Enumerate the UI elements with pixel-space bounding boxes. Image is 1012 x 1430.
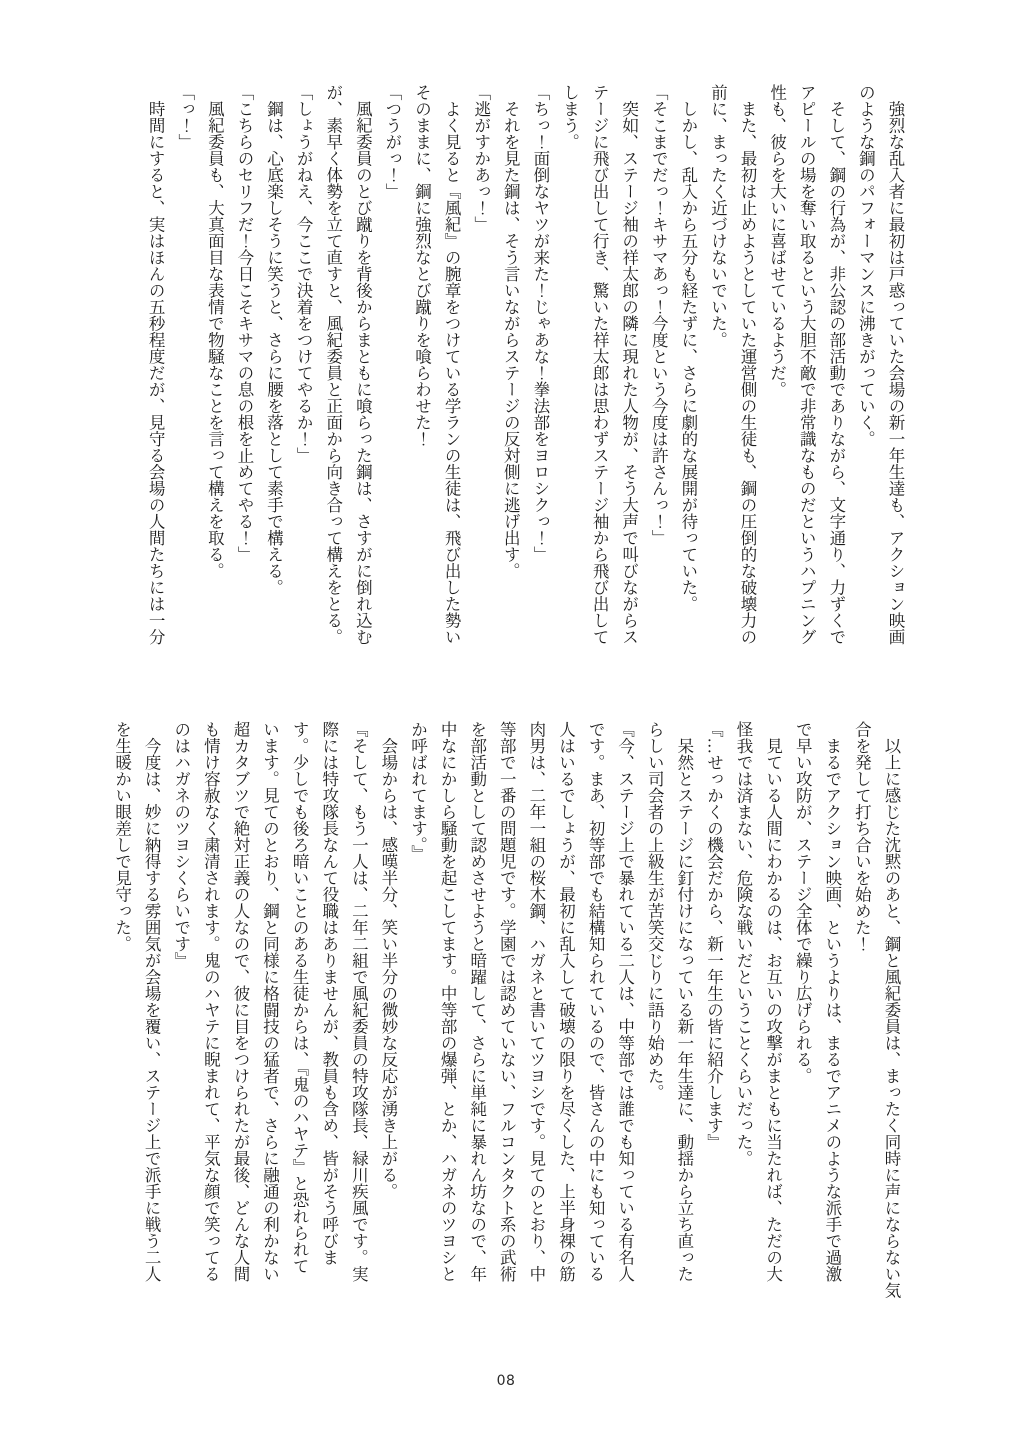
text-column: のはハガネのツヨシくらいです』 [166,721,196,1309]
text-column: 呆然とステージに釘付けになっている新一年生達に、動揺から立ち直った [669,721,699,1309]
text-column: まるでアクション映画、というよりは、まるでアニメのような派手で過激 [817,721,847,1309]
text-column: のような鋼のパフォーマンスに沸きがっていく。 [851,84,881,672]
text-column: 怪我では済まない、危険な戦いだということくらいだった。 [728,721,758,1309]
text-column: それを見た鋼は、そう言いながらステージの反対側に逃げ出す。 [496,84,526,672]
text-column: 『…せっかくの機会だから、新一年生の皆に紹介します』 [699,721,729,1309]
text-column: 性も、彼らを大いに喜ばせているようだ。 [762,84,792,672]
text-column: しまう。 [555,84,585,672]
text-column: す。少しでも後ろ暗いことのある生徒からは、『鬼のハヤテ』と恐れられて [285,721,315,1309]
text-column: で早い攻防が、ステージ全体で繰り広げられる。 [788,721,818,1309]
text-column: そして、鋼の行為が、非公認の部活動でありながら、文字通り、力ずくで [821,84,851,672]
text-column: 見ている人間にわかるのは、お互いの攻撃がまともに当たれば、ただの大 [758,721,788,1309]
text-column: 「しょうがねえ、今ここで決着をつけてやるか！」 [289,84,319,672]
text-column: 際には特攻隊長なんて役職はありませんが、教員も含め、皆がそう呼びま [314,721,344,1309]
text-column: います。見てのとおり、鋼と同様に格闘技の猛者で、さらに融通の利かない [255,721,285,1309]
text-column: が、素早く体勢を立て直すと、風紀委員と正面から向き合って構えをとる。 [318,84,348,672]
text-column: 突如、ステージ袖の祥太郎の隣に現れた人物が、そう大声で叫びながらス [614,84,644,672]
text-column: 人はいるでしょうが、最初に乱入して破壊の限りを尽くした、上半身裸の筋 [551,721,581,1309]
text-column: 会場からは、感嘆半分、笑い半分の微妙な反応が湧き上がる。 [373,721,403,1309]
text-column: 等部で一番の問題児です。学園では認めていない、フルコンタクト系の武術 [492,721,522,1309]
text-column: も情け容赦なく粛清されます。鬼のハヤテに睨まれて、平気な顔で笑ってる [196,721,226,1309]
text-column: 中なにかしら騒動を起こしてます。中等部の爆弾、とか、ハガネのツヨシと [433,721,463,1309]
text-column: 『今、ステージ上で暴れている二人は、中等部では誰でも知っている有名人 [610,721,640,1309]
text-column: 風紀委員のとび蹴りを背後からまともに喰らった鋼は、さすがに倒れ込む [348,84,378,672]
text-column: テージに飛び出して行き、驚いた祥太郎は思わずステージ袖から飛び出して [584,84,614,672]
text-column: また、最初は止めようとしていた運営側の生徒も、鋼の圧倒的な破壊力の [732,84,762,672]
text-column: 合を発して打ち合いを始めた！ [847,721,877,1309]
text-column: 『そして、もう一人は、二年二組で風紀委員の特攻隊長、緑川疾風です。実 [344,721,374,1309]
top-text-block: 強烈な乱入者に最初は戸惑っていた会場の新一年生達も、アクション映画 のような鋼の… [141,84,910,672]
text-column: 超カタブツで絶対正義の人なので、彼に目をつけられたが最後、どんな人間 [225,721,255,1309]
text-column: 前に、まったく近づけないでいた。 [703,84,733,672]
bottom-text-block: 以上に感じた沈黙のあと、鋼と風紀委員は、まったく同時に声にならない気 合を発して… [107,721,906,1309]
text-column: 「つうがっ！」 [377,84,407,672]
text-column: 「っ！」 [170,84,200,672]
text-column: を部活動として認めさせようと暗躍して、さらに単純に暴れん坊なので、年 [462,721,492,1309]
text-column: 「逃がすかあっ！」 [466,84,496,672]
text-column: らしい司会者の上級生が苦笑交じりに語り始めた。 [640,721,670,1309]
text-column: か呼ばれてます。』 [403,721,433,1309]
text-column: 「ちっ！面倒なヤツが来た！じゃあな！拳法部をヨロシクっ！」 [525,84,555,672]
text-column: 肉男は、二年一組の桜木鋼、ハガネと書いてツヨシです。見てのとおり、中 [521,721,551,1309]
text-column: です。まあ、初等部でも結構知られているので、皆さんの中にも知っている [580,721,610,1309]
text-column: 「そこまでだっ！キサマあっ！今度という今度は許さんっ！」 [644,84,674,672]
text-column: 鋼は、心底楽しそうに笑うと、さらに腰を落として素手で構える。 [259,84,289,672]
text-column: よく見ると『風紀』の腕章をつけている学ランの生徒は、飛び出した勢い [437,84,467,672]
page-number: 08 [0,1373,1012,1389]
document-page: 強烈な乱入者に最初は戸惑っていた会場の新一年生達も、アクション映画 のような鋼の… [0,0,1012,1430]
text-column: 時間にすると、実はほんの五秒程度だが、見守る会場の人間たちには一分 [141,84,171,672]
text-column: アピールの場を奪い取るという大胆不敵で非常識なものだというハプニング [792,84,822,672]
text-column: しかし、乱入から五分も経たずに、さらに劇的な展開が待っていた。 [673,84,703,672]
text-column: 「こちらのセリフだ！今日こそキサマの息の根を止めてやる！」 [229,84,259,672]
text-column: そのままに、鋼に強烈なとび蹴りを喰らわせた！ [407,84,437,672]
text-column: 以上に感じた沈黙のあと、鋼と風紀委員は、まったく同時に声にならない気 [876,721,906,1309]
text-column: 今度は、妙に納得する雰囲気が会場を覆い、ステージ上で派手に戦う二人 [137,721,167,1309]
text-column: 強烈な乱入者に最初は戸惑っていた会場の新一年生達も、アクション映画 [880,84,910,672]
text-column: 風紀委員も、大真面目な表情で物騒なことを言って構えを取る。 [200,84,230,672]
text-column: を生暖かい眼差しで見守った。 [107,721,137,1309]
